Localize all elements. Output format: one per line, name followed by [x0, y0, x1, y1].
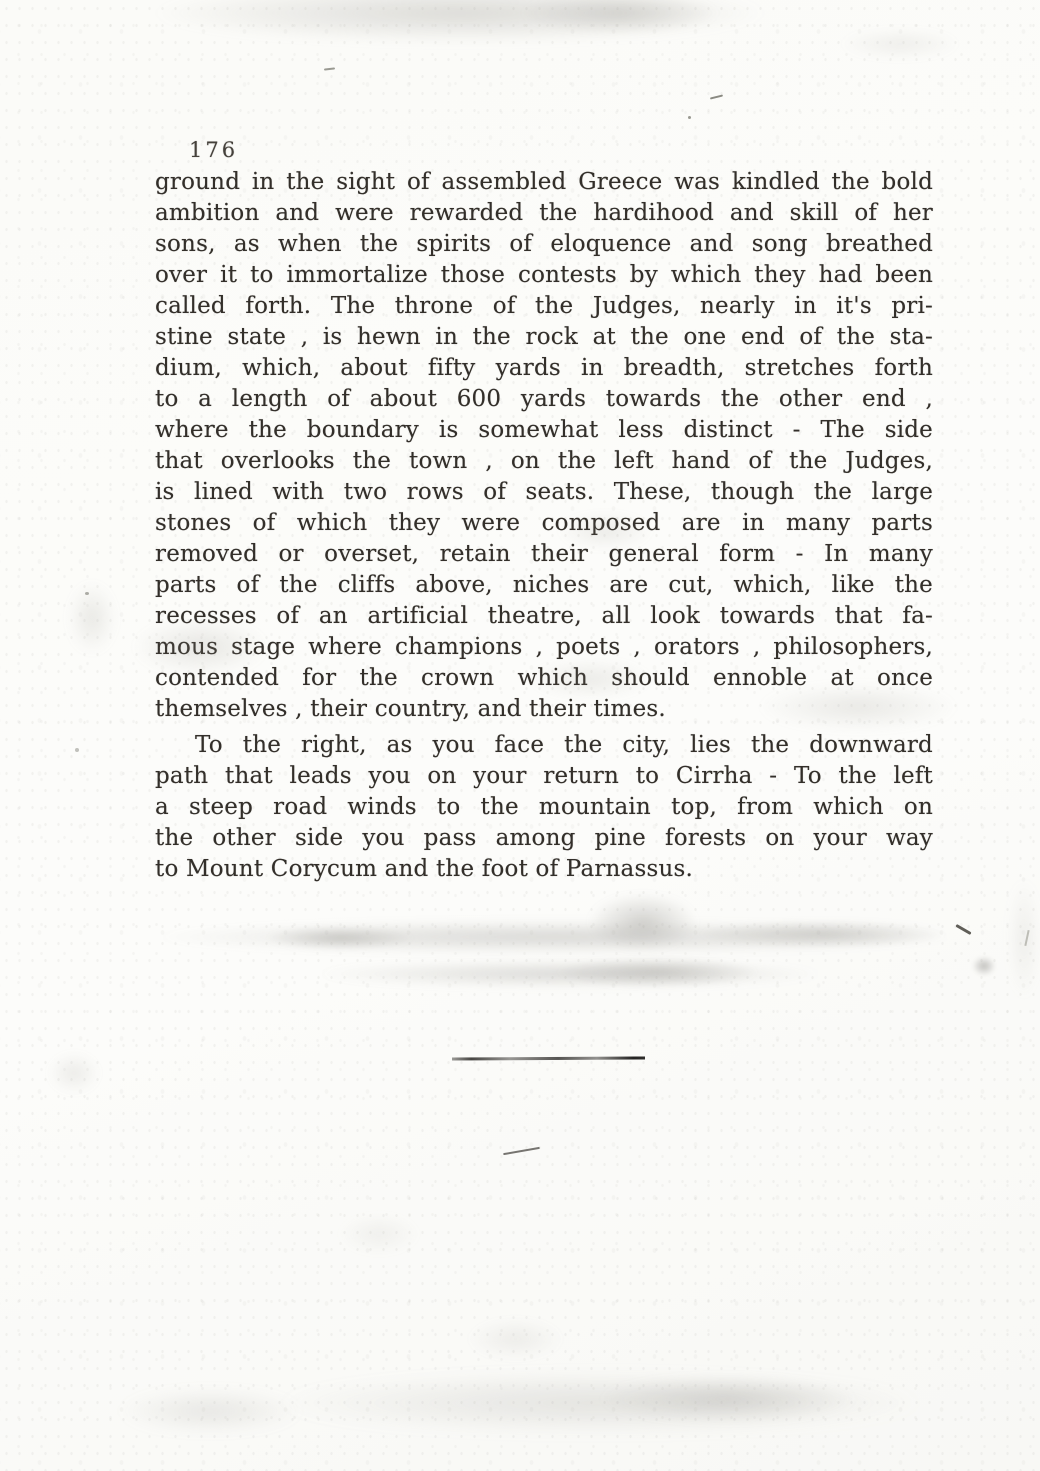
bleed-through-clump-d: [555, 956, 760, 988]
text-line: removed or overset, retain their general…: [155, 539, 933, 570]
text-line: stine state , is hewn in the rock at the…: [155, 322, 933, 353]
section-divider-rule: [452, 1056, 645, 1060]
bleed-through-dot: [972, 956, 996, 976]
text-line: where the boundary is somewhat less dist…: [155, 415, 933, 446]
margin-smudge-left: [68, 582, 116, 654]
stain-top-band-dark: [520, 0, 720, 34]
text-line: path that leads you on your return to Ci…: [155, 761, 933, 792]
bleed-through-clump-a: [265, 926, 415, 950]
speck-mid-lower: [338, 1213, 420, 1255]
ink-stroke-right: [955, 924, 971, 935]
text-line: recesses of an artificial theatre, all l…: [155, 601, 933, 632]
right-edge-shade: [1008, 878, 1040, 1000]
text-line: sons, as when the spirits of eloquence a…: [155, 229, 933, 260]
ink-stroke-lower: [503, 1147, 540, 1155]
text-line: is lined with two rows of seats. These, …: [155, 477, 933, 508]
stain-top-right: [840, 28, 960, 60]
stain-bottom-dark: [598, 1376, 858, 1422]
page-number: 176: [189, 138, 238, 162]
text-line: the other side you pass among pine fores…: [155, 823, 933, 854]
ink-dash-top-left: [324, 67, 335, 70]
ink-dot-margin-2: [75, 748, 79, 752]
bleed-through-clump-b: [588, 893, 698, 951]
text-line: ambition and were rewarded the hardihood…: [155, 198, 933, 229]
stain-bottom-band: [280, 1372, 920, 1434]
body-text: ground in the sight of assembled Greece …: [155, 167, 933, 885]
bleed-through-clump-c: [700, 920, 945, 948]
paragraph-2: To the right, as you face the city, lies…: [155, 730, 933, 885]
text-line: ground in the sight of assembled Greece …: [155, 167, 933, 198]
ink-dot-margin-1: [85, 592, 89, 595]
text-line: parts of the cliffs above, niches are cu…: [155, 570, 933, 601]
stain-top-band: [150, 0, 770, 44]
speck-cluster-bottom: [468, 1318, 563, 1360]
scanned-book-page: 176 ground in the sight of assembled Gre…: [0, 0, 1040, 1471]
text-line: a steep road winds to the mountain top, …: [155, 792, 933, 823]
text-line: To the right, as you face the city, lies…: [155, 730, 933, 761]
bleed-through-band-2: [320, 960, 820, 988]
paragraph-1: ground in the sight of assembled Greece …: [155, 167, 933, 725]
ink-dash-top-center: [710, 94, 723, 99]
text-line: dium, which, about fifty yards in breadt…: [155, 353, 933, 384]
text-line: called forth. The throne of the Judges, …: [155, 291, 933, 322]
text-line: mous stage where champions , poets , ora…: [155, 632, 933, 663]
ink-dot-top: [688, 116, 691, 119]
text-line: contended for the crown which should enn…: [155, 663, 933, 694]
text-line: to Mount Corycum and the foot of Parnass…: [155, 854, 933, 885]
text-line: over it to immortalize those contests by…: [155, 260, 933, 291]
text-line: stones of which they were composed are i…: [155, 508, 933, 539]
text-line: that overlooks the town , on the left ha…: [155, 446, 933, 477]
bleed-through-band-1: [160, 920, 950, 954]
stain-bottom-left: [118, 1388, 303, 1434]
speck-left-lower: [48, 1052, 100, 1094]
ink-tick-right-edge: [1024, 930, 1029, 946]
text-line: to a length of about 600 yards towards t…: [155, 384, 933, 415]
text-line: themselves , their country, and their ti…: [155, 694, 933, 725]
